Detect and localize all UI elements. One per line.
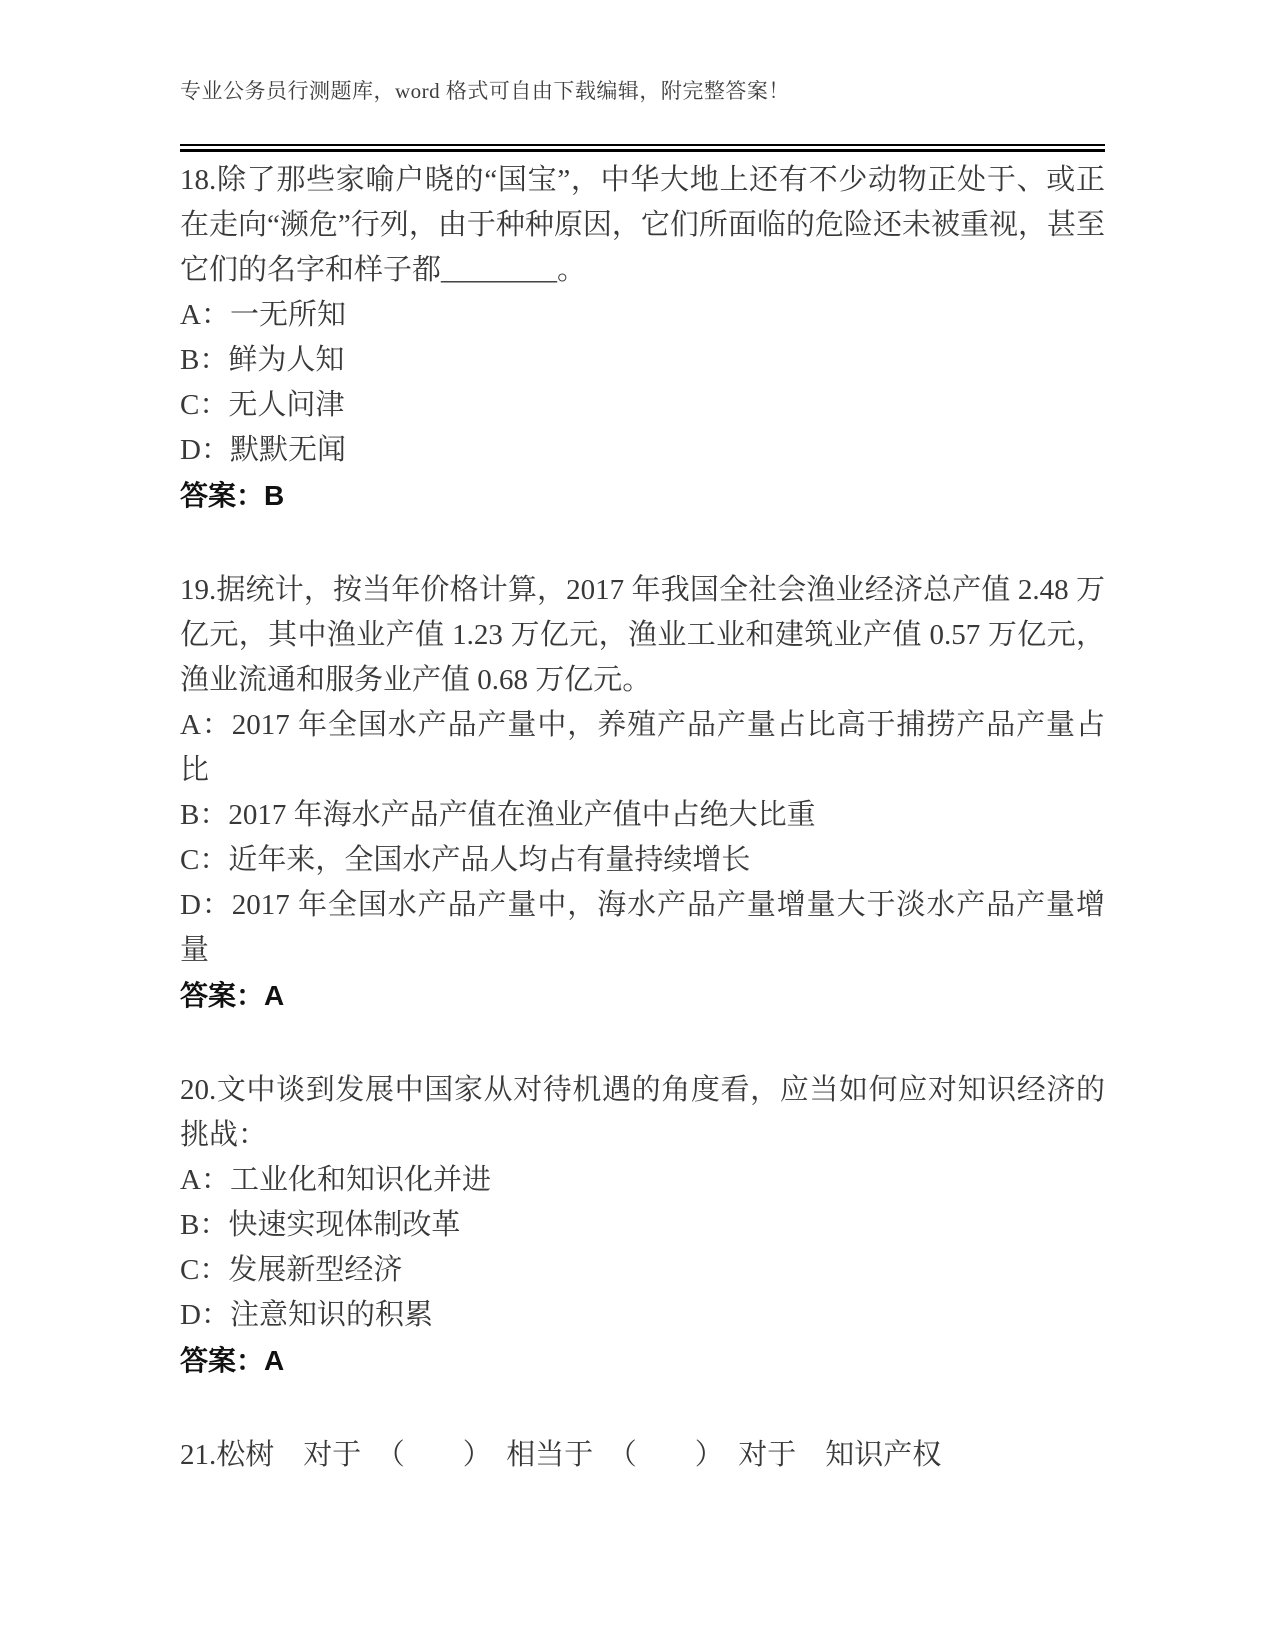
option-label: C：	[180, 844, 228, 876]
question-option-c: C：近年来，全国水产品人均占有量持续增长	[180, 838, 1105, 883]
option-text: 快速实现体制改革	[228, 1209, 460, 1241]
document-page: 专业公务员行测题库，word 格式可自由下载编辑，附完整答案！ 18.除了那些家…	[0, 0, 1275, 1650]
option-text: 发展新型经济	[228, 1254, 402, 1286]
option-label: C：	[180, 389, 228, 421]
question-option-d: D：2017 年全国水产品产量中，海水产品产量增量大于淡水产品产量增量	[180, 883, 1105, 973]
option-text: 近年来，全国水产品人均占有量持续增长	[228, 844, 750, 876]
question-option-d: D：默默无闻	[180, 428, 1105, 473]
question-stem: 20.文中谈到发展中国家从对待机遇的角度看，应当如何应对知识经济的挑战：	[180, 1068, 1105, 1158]
option-text: 2017 年全国水产品产量中，养殖产品产量占比高于捕捞产品产量占比	[180, 709, 1105, 786]
question-block-19: 19.据统计，按当年价格计算，2017 年我国全社会渔业经济总产值 2.48 万…	[180, 568, 1105, 1018]
question-option-b: B：快速实现体制改革	[180, 1203, 1105, 1248]
answer-prefix: 答案：	[180, 480, 264, 511]
option-text: 注意知识的积累	[230, 1299, 433, 1331]
option-label: A：	[180, 1164, 230, 1196]
answer-prefix: 答案：	[180, 1345, 264, 1376]
question-option-a: A：2017 年全国水产品产量中，养殖产品产量占比高于捕捞产品产量占比	[180, 703, 1105, 793]
question-block-21: 21.松树 对于 （ ） 相当于 （ ） 对于 知识产权	[180, 1433, 1105, 1478]
answer-value: A	[264, 980, 284, 1011]
question-option-a: A：一无所知	[180, 293, 1105, 338]
answer-line: 答案：A	[180, 1338, 1105, 1383]
option-text: 2017 年全国水产品产量中，海水产品产量增量大于淡水产品产量增量	[180, 889, 1105, 966]
answer-line: 答案：B	[180, 473, 1105, 518]
option-label: A：	[180, 709, 232, 741]
option-text: 默默无闻	[230, 434, 346, 466]
question-block-18: 18.除了那些家喻户晓的“国宝”，中华大地上还有不少动物正处于、或正在走向“濒危…	[180, 158, 1105, 518]
answer-value: B	[264, 480, 284, 511]
option-label: D：	[180, 889, 232, 921]
question-number: 21.	[180, 1439, 216, 1471]
question-option-b: B：鲜为人知	[180, 338, 1105, 383]
header-text: 专业公务员行测题库，word 格式可自由下载编辑，附完整答案！	[180, 78, 1105, 104]
question-block-20: 20.文中谈到发展中国家从对待机遇的角度看，应当如何应对知识经济的挑战： A：工…	[180, 1068, 1105, 1383]
option-text: 2017 年海水产品产值在渔业产值中占绝大比重	[228, 799, 815, 831]
option-text: 无人问津	[228, 389, 344, 421]
question-option-a: A：工业化和知识化并进	[180, 1158, 1105, 1203]
option-text: 工业化和知识化并进	[230, 1164, 491, 1196]
answer-value: A	[264, 1345, 284, 1376]
question-stem-text: 据统计，按当年价格计算，2017 年我国全社会渔业经济总产值 2.48 万亿元，…	[180, 574, 1105, 696]
question-number: 20.	[180, 1074, 216, 1106]
option-label: B：	[180, 1209, 228, 1241]
question-option-c: C：发展新型经济	[180, 1248, 1105, 1293]
option-text: 一无所知	[230, 299, 346, 331]
header-rule	[180, 144, 1105, 152]
question-option-c: C：无人问津	[180, 383, 1105, 428]
question-option-d: D：注意知识的积累	[180, 1293, 1105, 1338]
question-stem: 18.除了那些家喻户晓的“国宝”，中华大地上还有不少动物正处于、或正在走向“濒危…	[180, 158, 1105, 293]
option-label: D：	[180, 1299, 230, 1331]
option-text: 鲜为人知	[228, 344, 344, 376]
answer-prefix: 答案：	[180, 980, 264, 1011]
question-stem-text: 文中谈到发展中国家从对待机遇的角度看，应当如何应对知识经济的挑战：	[180, 1074, 1105, 1151]
option-label: D：	[180, 434, 230, 466]
question-option-b: B：2017 年海水产品产值在渔业产值中占绝大比重	[180, 793, 1105, 838]
answer-line: 答案：A	[180, 973, 1105, 1018]
question-stem: 19.据统计，按当年价格计算，2017 年我国全社会渔业经济总产值 2.48 万…	[180, 568, 1105, 703]
question-stem-text: 除了那些家喻户晓的“国宝”，中华大地上还有不少动物正处于、或正在走向“濒危”行列…	[180, 164, 1105, 286]
option-label: B：	[180, 344, 228, 376]
question-stem-text: 松树 对于 （ ） 相当于 （ ） 对于 知识产权	[216, 1439, 941, 1471]
question-number: 18.	[180, 164, 216, 196]
option-label: B：	[180, 799, 228, 831]
questions-area: 18.除了那些家喻户晓的“国宝”，中华大地上还有不少动物正处于、或正在走向“濒危…	[180, 152, 1105, 1478]
option-label: A：	[180, 299, 230, 331]
option-label: C：	[180, 1254, 228, 1286]
document-header: 专业公务员行测题库，word 格式可自由下载编辑，附完整答案！	[180, 78, 1105, 152]
question-number: 19.	[180, 574, 216, 606]
question-stem: 21.松树 对于 （ ） 相当于 （ ） 对于 知识产权	[180, 1433, 1105, 1478]
